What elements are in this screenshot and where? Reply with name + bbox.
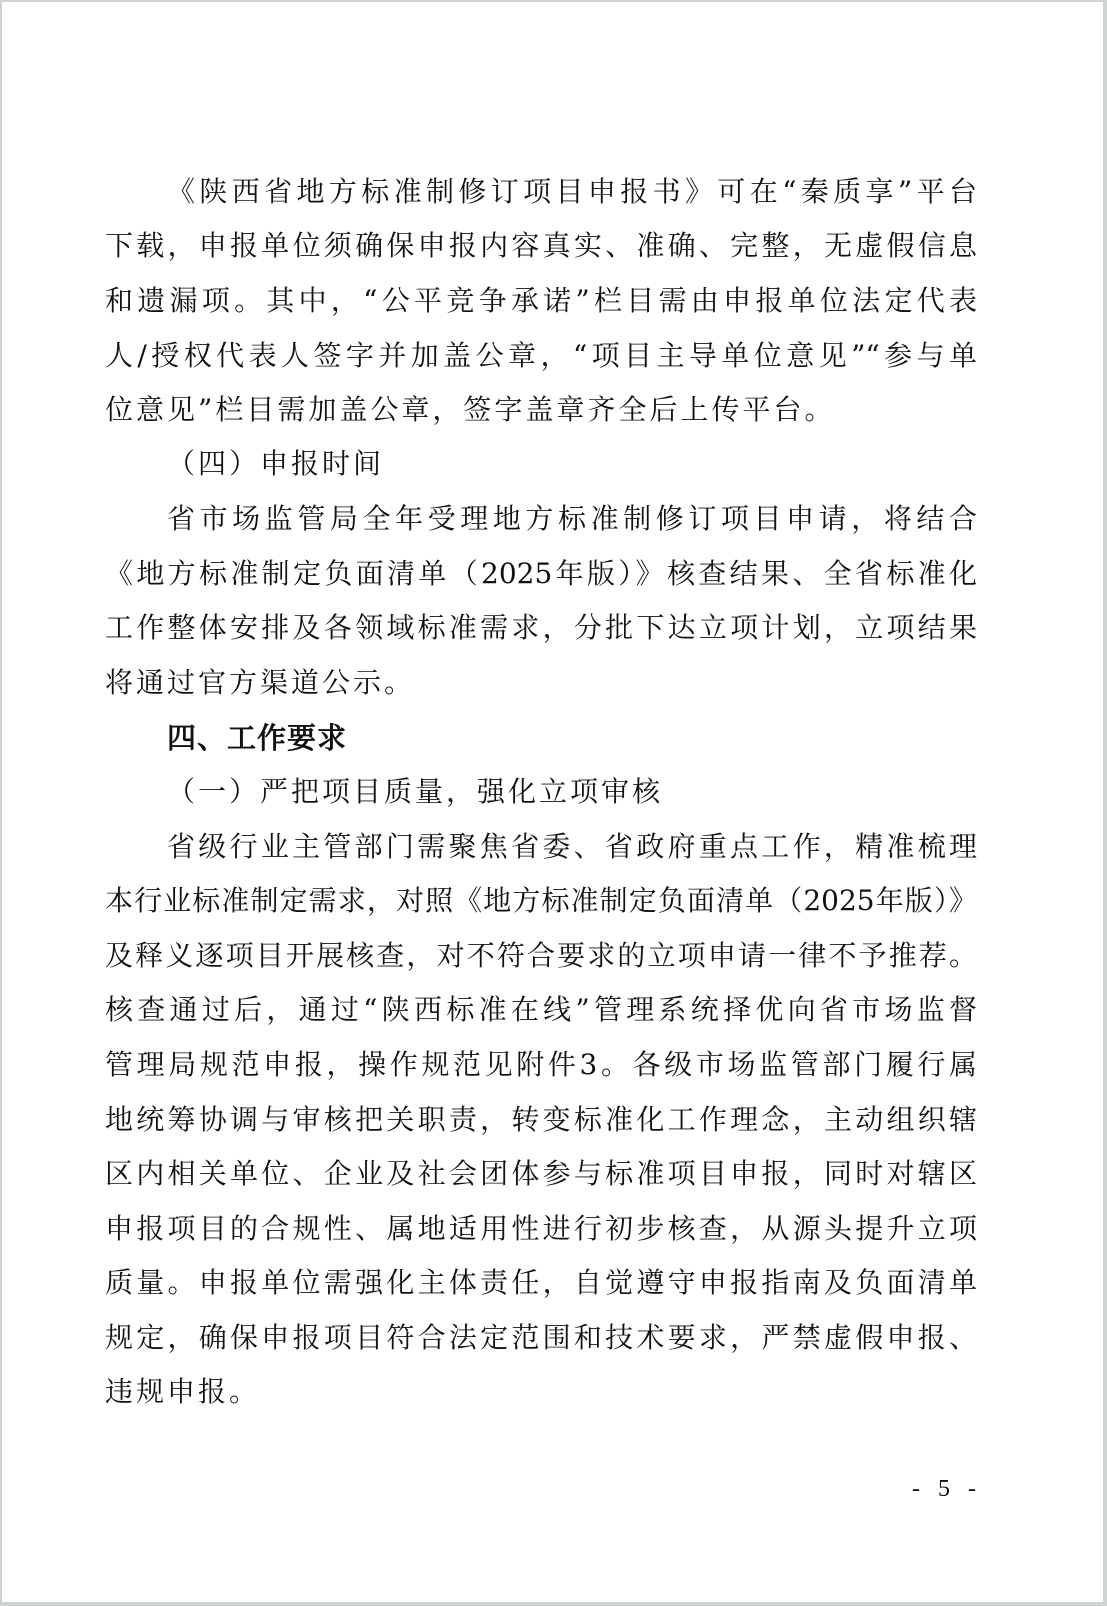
paragraph-line: 省市场监管局全年受理地方标准制修订项目申请，将结合: [167, 499, 977, 539]
paragraph-line: 省级行业主管部门需聚焦省委、省政府重点工作，精准梳理: [167, 827, 977, 867]
paragraph-line: 地统筹协调与审核把关职责，转变标准化工作理念，主动组织辖: [105, 1100, 977, 1140]
paragraph-line: 《地方标准制定负面清单（2025年版）》核查结果、全省标准化: [105, 554, 977, 594]
paragraph-line: 将通过官方渠道公示。: [105, 663, 977, 703]
paragraph-line: 质量。申报单位需强化主体责任，自觉遵守申报指南及负面清单: [105, 1263, 977, 1303]
page-number: - 5 -: [907, 1472, 987, 1506]
document-page: 《陕西省地方标准制修订项目申报书》可在“秦质享”平台 下载，申报单位须确保申报内…: [0, 0, 1107, 1606]
section-heading-work-requirements: 四、工作要求: [167, 718, 977, 758]
paragraph-line: 本行业标准制定需求，对照《地方标准制定负面清单（2025年版）》: [105, 881, 977, 921]
paragraph-line: 和遗漏项。其中，“公平竞争承诺”栏目需由申报单位法定代表: [105, 281, 977, 321]
paragraph-line: 下载，申报单位须确保申报内容真实、准确、完整，无虚假信息: [105, 226, 977, 266]
paragraph-line: 人/授权代表人签字并加盖公章，“项目主导单位意见”“参与单: [105, 336, 977, 376]
paragraph-line: 核查通过后，通过“陕西标准在线”管理系统择优向省市场监督: [105, 990, 977, 1030]
subheading-project-quality: （一）严把项目质量，强化立项审核: [167, 772, 977, 812]
paragraph-line: 申报项目的合规性、属地适用性进行初步核查，从源头提升立项: [105, 1209, 977, 1249]
paragraph-line: 及释义逐项目开展核查，对不符合要求的立项申请一律不予推荐。: [105, 936, 977, 976]
paragraph-line: 工作整体安排及各领域标准需求，分批下达立项计划，立项结果: [105, 608, 977, 648]
paragraph-line: 规定，确保申报项目符合法定范围和技术要求，严禁虚假申报、: [105, 1318, 977, 1358]
paragraph-line: 位意见”栏目需加盖公章，签字盖章齐全后上传平台。: [105, 390, 977, 430]
paragraph-line: 《陕西省地方标准制修订项目申报书》可在“秦质享”平台: [167, 172, 977, 212]
subheading-application-time: （四）申报时间: [167, 444, 977, 484]
paragraph-line: 管理局规范申报，操作规范见附件3。各级市场监管部门履行属: [105, 1045, 977, 1085]
paragraph-line: 区内相关单位、企业及社会团体参与标准项目申报，同时对辖区: [105, 1154, 977, 1194]
paragraph-line: 违规申报。: [105, 1372, 977, 1412]
